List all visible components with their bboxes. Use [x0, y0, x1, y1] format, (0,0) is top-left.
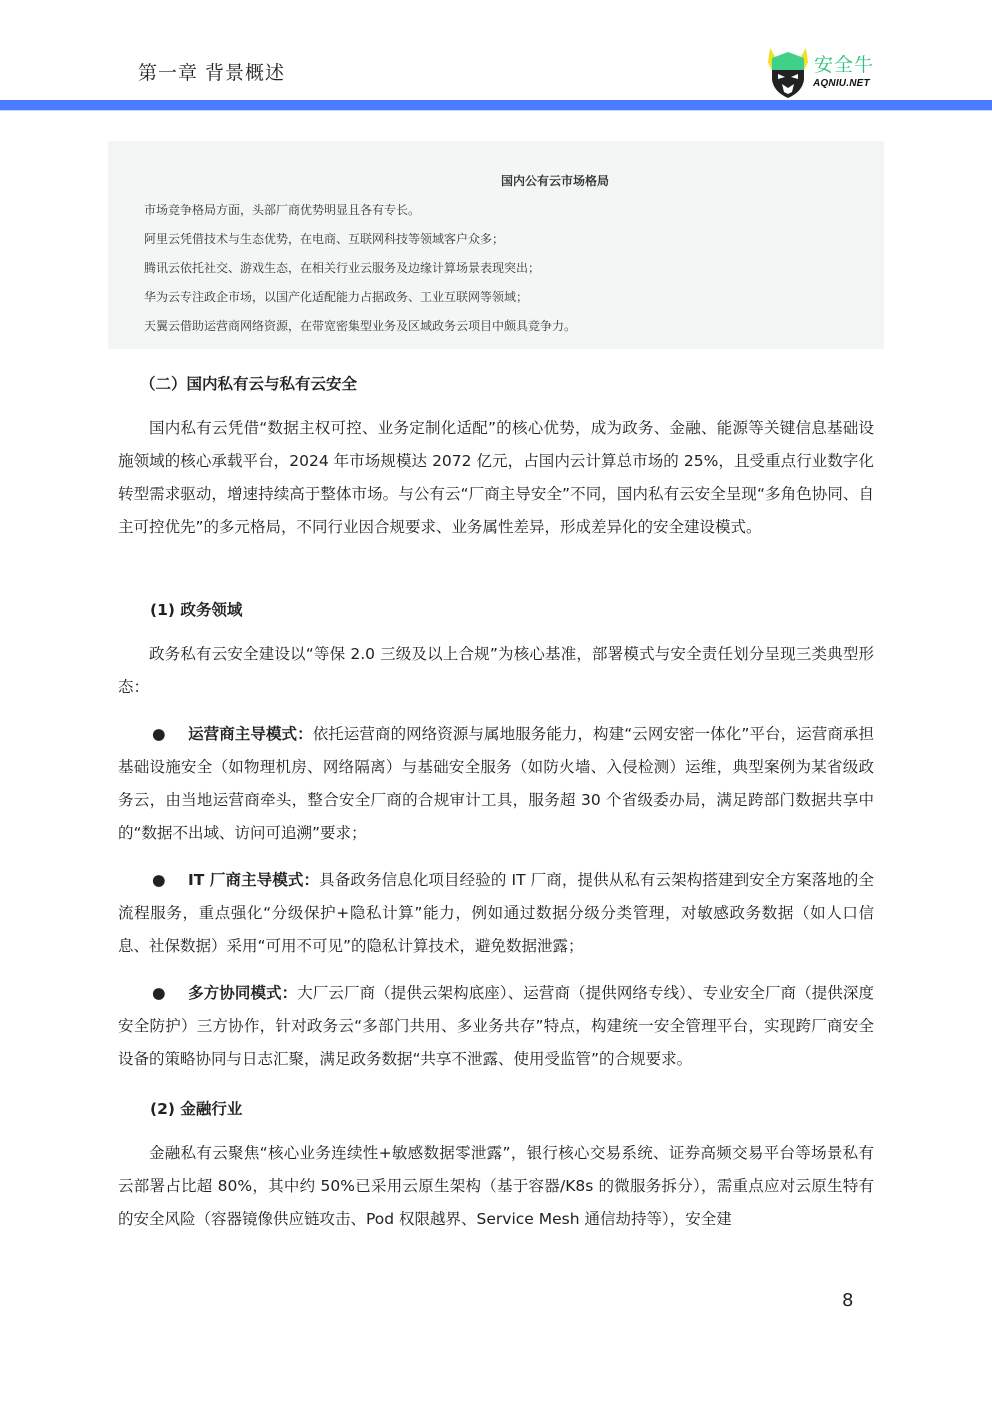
callout-line: 腾讯云依托社交、游戏生态，在相关行业云服务及边缘计算场景表现突出；	[144, 259, 540, 276]
callout-title: 国内公有云市场格局	[108, 172, 884, 189]
callout-line: 阿里云凭借技术与生态优势，在电商、互联网科技等领域客户众多；	[144, 230, 504, 247]
bullet-label: 运营商主导模式：	[188, 725, 313, 743]
bullet-item-operator-led: ●运营商主导模式：依托运营商的网络资源与属地服务能力，构建“云网安密一体化”平台…	[118, 718, 874, 850]
callout-line: 市场竞争格局方面，头部厂商优势明显且各有专长。	[144, 201, 420, 218]
logo-name-cn: 安全牛	[814, 50, 874, 77]
callout-line: 天翼云借助运营商网络资源，在带宽密集型业务及区域政务云项目中颇具竞争力。	[144, 317, 576, 334]
brand-logo: 安全牛 AQNIU.NET	[766, 44, 886, 98]
bull-shield-logo-icon	[766, 44, 810, 98]
bullet-dot-icon: ●	[118, 977, 188, 1010]
subsection-heading-government: (1) 政务领域	[150, 598, 242, 620]
government-intro-paragraph: 政务私有云安全建设以“等保 2.0 三级及以上合规”为核心基准，部署模式与安全责…	[118, 638, 874, 704]
page-number: 8	[842, 1290, 853, 1311]
bullet-label: IT 厂商主导模式：	[188, 871, 319, 889]
callout-box: 国内公有云市场格局 市场竞争格局方面，头部厂商优势明显且各有专长。 阿里云凭借技…	[108, 141, 884, 349]
bullet-item-multi-party: ●多方协同模式：大厂云厂商（提供云架构底座）、运营商（提供网络专线）、专业安全厂…	[118, 977, 874, 1076]
logo-name-en: AQNIU.NET	[813, 78, 870, 89]
page-header-title: 第一章 背景概述	[138, 58, 285, 85]
subsection-heading-finance: (2) 金融行业	[150, 1097, 242, 1119]
header-divider	[0, 110, 992, 111]
bullet-item-it-vendor-led: ●IT 厂商主导模式：具备政务信息化项目经验的 IT 厂商，提供从私有云架构搭建…	[118, 864, 874, 963]
section-heading: （二）国内私有云与私有云安全	[140, 372, 357, 394]
header-accent-bar	[0, 100, 992, 110]
section-intro-paragraph: 国内私有云凭借“数据主权可控、业务定制化适配”的核心优势，成为政务、金融、能源等…	[118, 412, 874, 544]
finance-intro-paragraph: 金融私有云聚焦“核心业务连续性+敏感数据零泄露”，银行核心交易系统、证券高频交易…	[118, 1137, 874, 1236]
bullet-dot-icon: ●	[118, 718, 188, 751]
bullet-label: 多方协同模式：	[188, 984, 297, 1002]
callout-line: 华为云专注政企市场，以国产化适配能力占据政务、工业互联网等领域；	[144, 288, 528, 305]
bullet-dot-icon: ●	[118, 864, 188, 897]
